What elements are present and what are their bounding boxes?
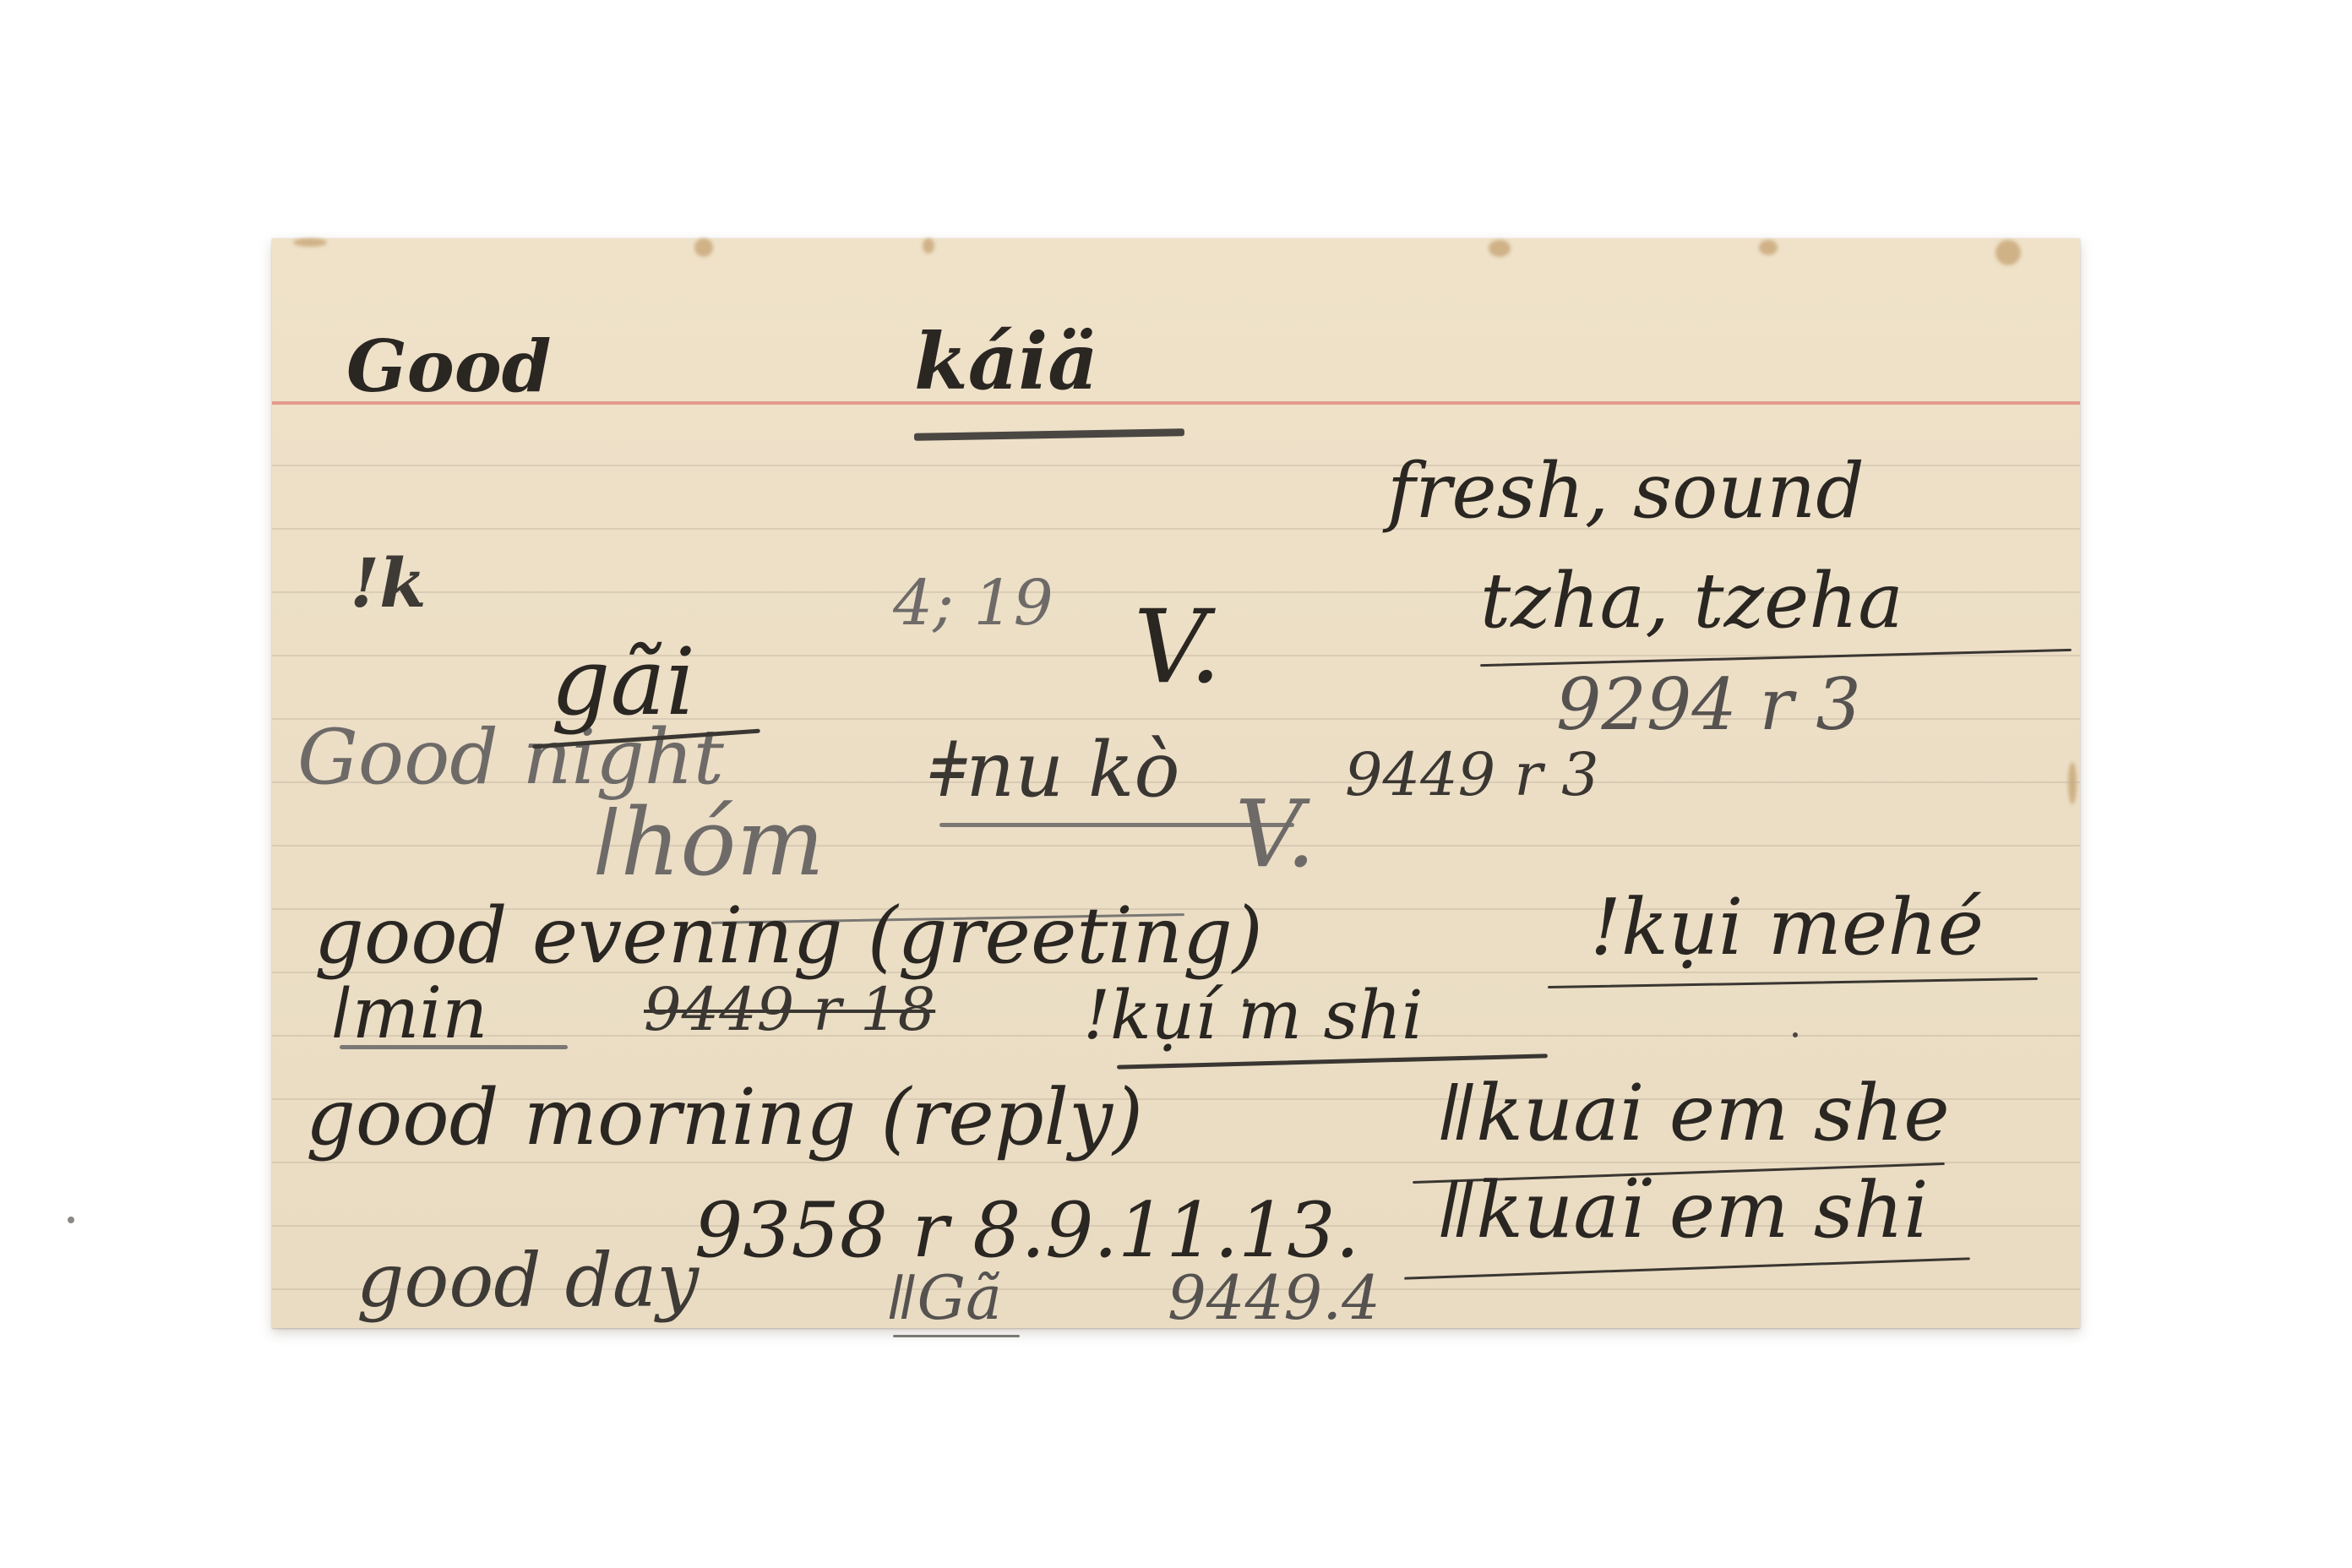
good-night-word-hom: ǀhóm [593, 796, 825, 889]
good-day-label: good day [357, 1244, 699, 1318]
good-day-ref-2: 9449.4 [1168, 1267, 1380, 1328]
heading-translation-underline [914, 428, 1184, 441]
ruled-line [272, 845, 2080, 847]
good-evening-term-kui-m-shi: !kụí m shi [1083, 982, 1424, 1049]
stain [1759, 240, 1778, 255]
stain [1489, 240, 1511, 257]
stain [923, 238, 934, 253]
good-night-word-nu-ko: ǂnu kò [931, 732, 1180, 808]
good-morning-term-kuai-em-she: ǁkuai em she [1438, 1075, 1950, 1152]
heading-english: Good [346, 331, 552, 402]
dust-speck [68, 1217, 74, 1223]
fresh-sound-ref: 9294 r 3 [1556, 669, 1861, 740]
fresh-sound-label: fresh, sound [1387, 454, 1865, 530]
good-morning-label: good morning (reply) [306, 1079, 1143, 1157]
reference-4-19: 4; 19 [893, 572, 1053, 634]
check-mark-2: V. [1235, 787, 1315, 880]
good-evening-term-min: ǀmin [331, 977, 487, 1048]
good-evening-ref-struck: 9449 r 18 [644, 980, 935, 1039]
ink-speck [1244, 999, 1249, 1004]
good-evening-label: good evening (greeting) [314, 897, 1263, 975]
stain [2068, 762, 2077, 804]
stain [293, 238, 327, 247]
good-evening-kui-m-shi-underline [1117, 1053, 1548, 1069]
good-day-term-underline [893, 1335, 1020, 1337]
stain [1995, 240, 2021, 265]
good-night-word-gai: gãi [551, 635, 695, 728]
good-morning-term-2-underline [1404, 1257, 1970, 1279]
good-evening-term-underline [1548, 977, 2038, 988]
stain [694, 238, 713, 257]
click-marker: !k [350, 549, 427, 617]
good-evening-term-kui-mehe: !kụi mehé [1590, 889, 1984, 966]
ink-speck [1793, 1032, 1798, 1037]
heading-translation: káiä [914, 323, 1098, 400]
good-night-ref: 9449 r 3 [1345, 745, 1599, 804]
good-day-ref: 9358 r 8.9.11.13. [694, 1193, 1359, 1269]
good-morning-term-kuai-em-shi: ǁkuaï em shi [1438, 1172, 1929, 1249]
fresh-sound-terms: tzha, tzeha [1480, 563, 1903, 640]
index-card: Good káiä !k 4; 19 V. fresh, sound tzha,… [272, 238, 2080, 1328]
good-evening-min-underline [340, 1045, 568, 1049]
check-mark-1: V. [1134, 597, 1222, 699]
good-day-term-ga: ǁGã [887, 1267, 1002, 1328]
